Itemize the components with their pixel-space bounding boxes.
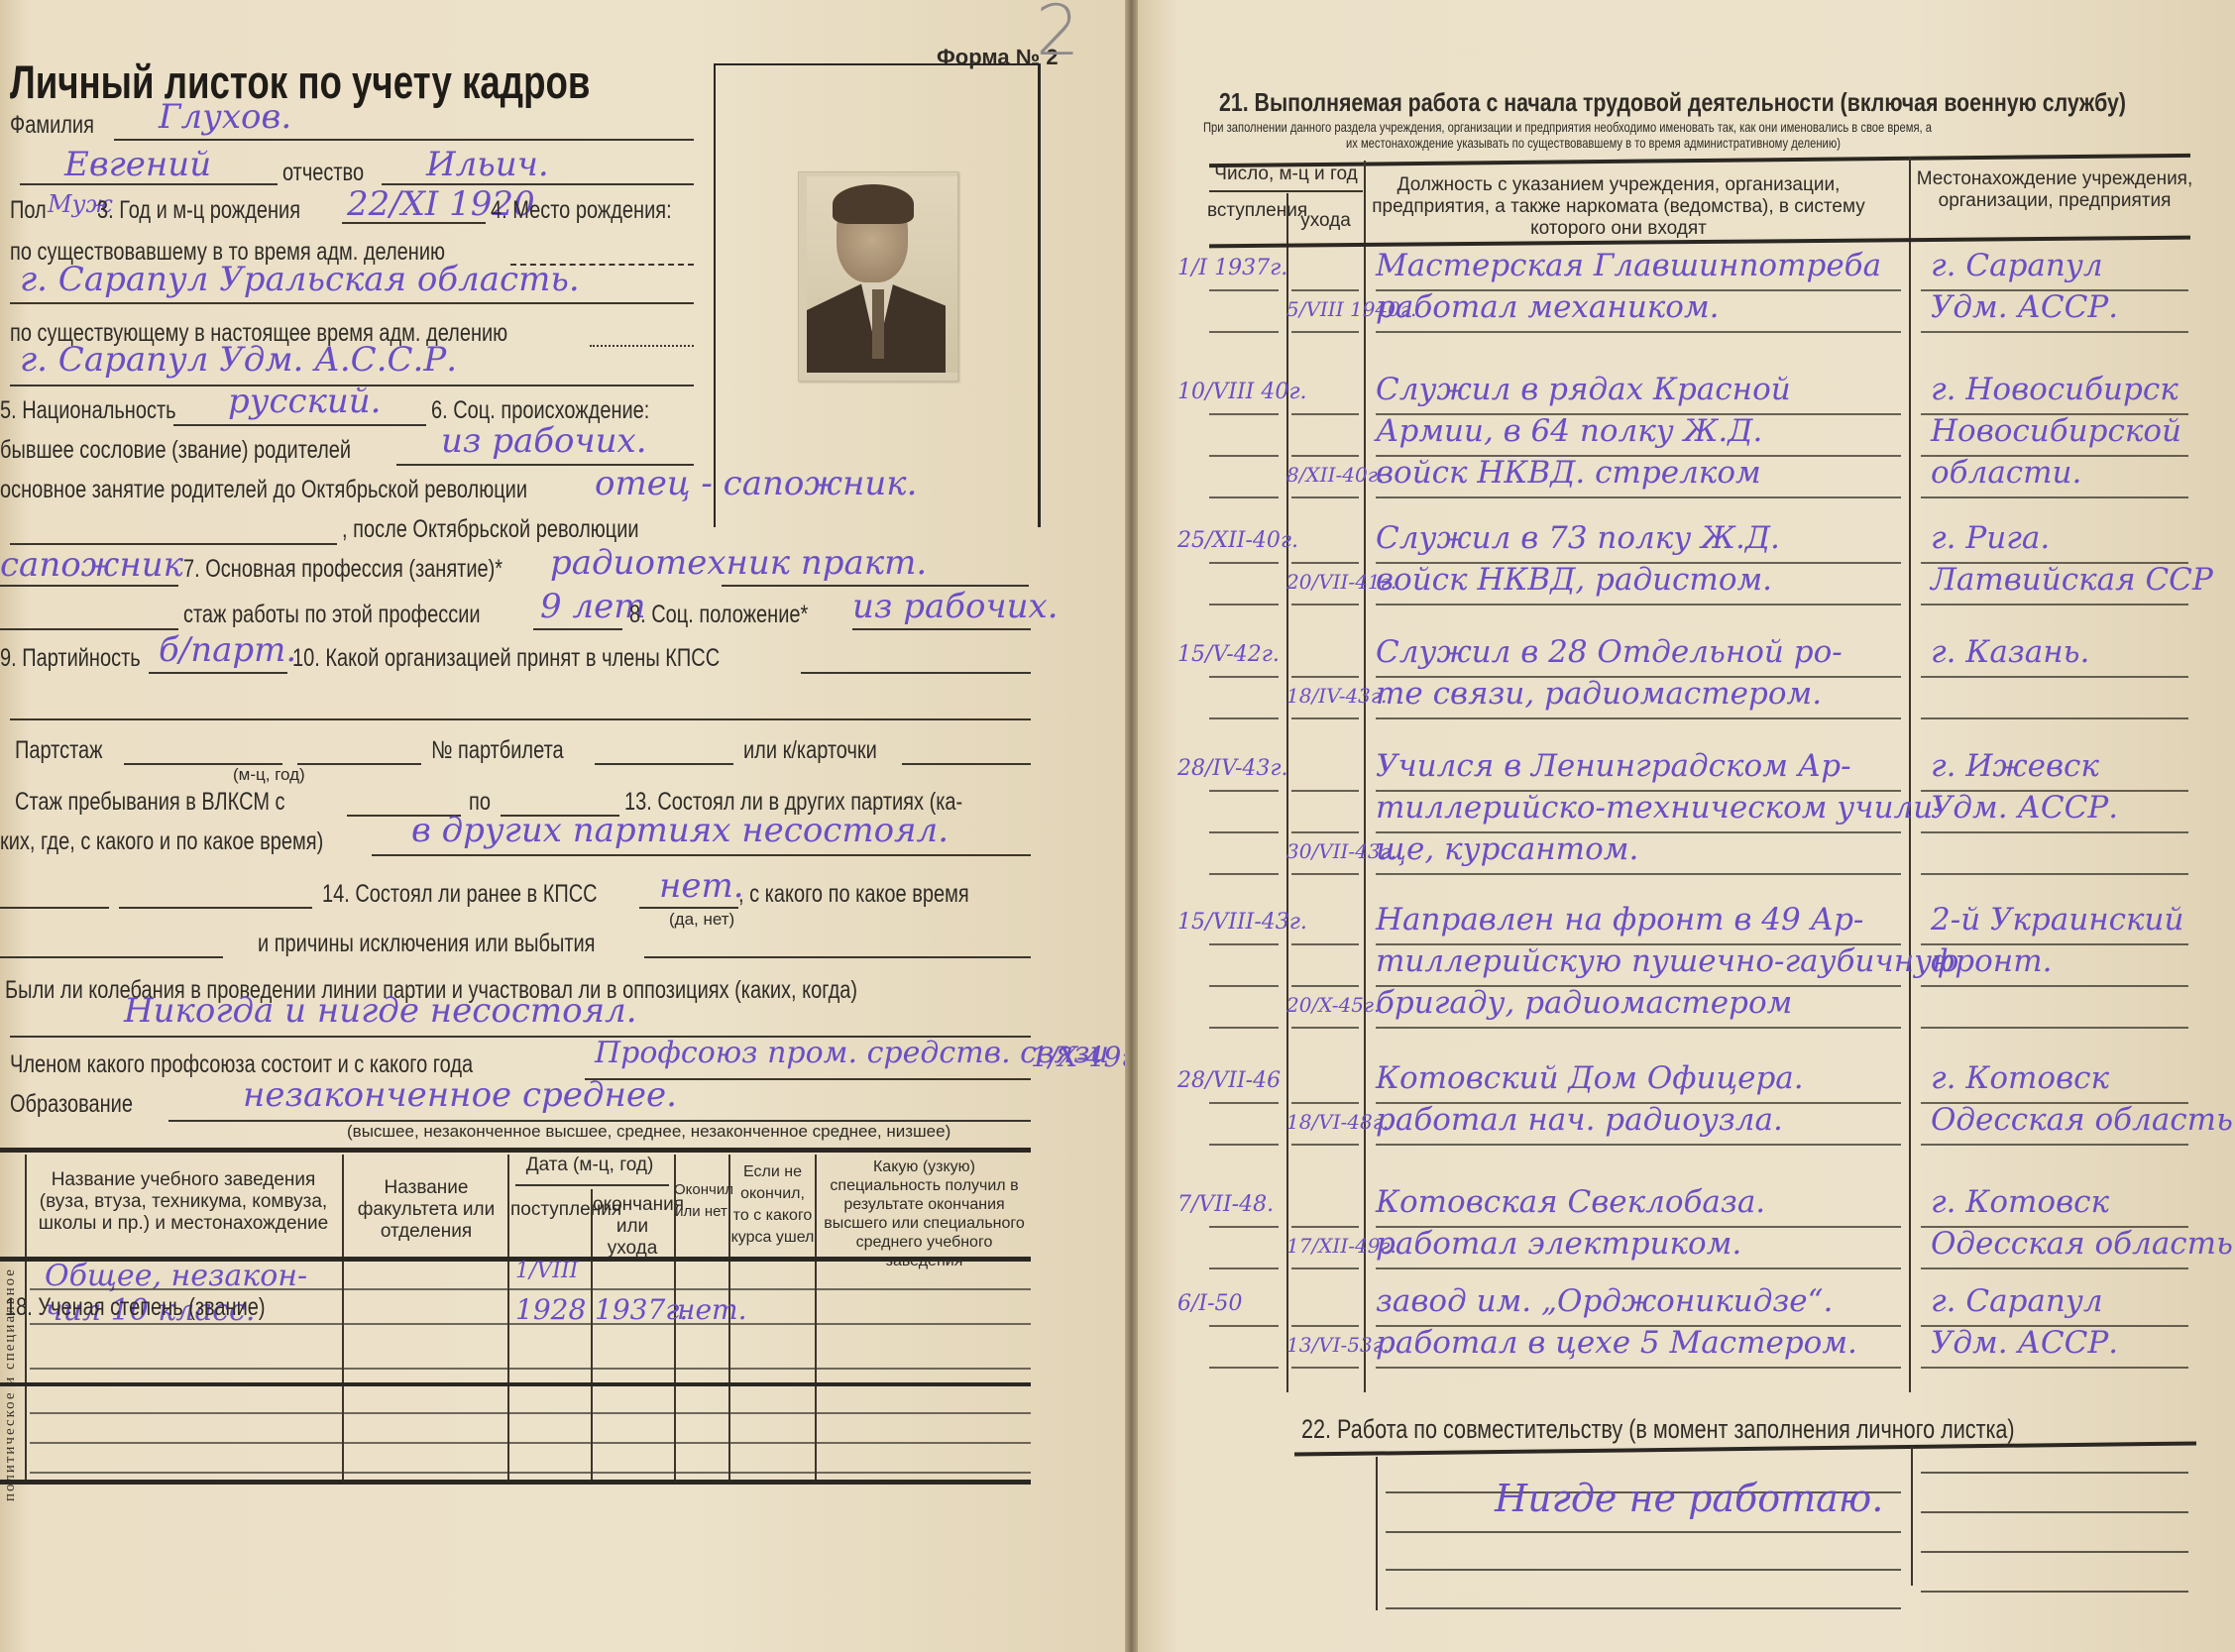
profession-label: 7. Основная профессия (занятие)* (183, 555, 503, 584)
edu-completed: нет. (677, 1293, 746, 1326)
party-card-label: № партбилета (431, 736, 564, 765)
col-specialty: Какую (узкую) специальность получил в ре… (818, 1157, 1031, 1270)
parents-occupation-after: сапожник (0, 545, 183, 585)
social-status-label: 8. Соц. положение* (629, 601, 808, 629)
work-location-line: Удм. АССР. (1931, 1325, 2118, 1361)
work-start-date: 25/XII-40г. (1177, 528, 1298, 553)
col-institution: Название учебного заведения (вуза, втуза… (30, 1169, 337, 1235)
col-date-group: Дата (м-ц, год) (510, 1155, 669, 1176)
social-status-value: из рабочих. (852, 587, 1059, 626)
work-location-line: Латвийская ССР (1931, 562, 2213, 598)
work-location-line: г. Рига. (1931, 520, 2050, 556)
profession-value: радиотехник практ. (550, 543, 927, 583)
card-label: или к/карточки (743, 736, 877, 765)
work-start-date: 6/I-50 (1177, 1291, 1243, 1316)
work-location-line: г. Сарапул (1931, 1283, 2103, 1319)
exclusion-label: и причины исключения или выбытия (258, 930, 596, 958)
name-value: Евгений (64, 145, 211, 184)
work-location-line: г. Котовск (1931, 1184, 2109, 1220)
old-division-value: г. Сарапул Уральская область. (20, 260, 580, 299)
edu-enrolled-2: 1928 (515, 1293, 586, 1326)
edu-enrolled: 1/VIII (515, 1259, 578, 1283)
work-location-line: Одесская область (1931, 1102, 2233, 1138)
work-location-line: фронт. (1931, 943, 2052, 979)
section21-title: 21. Выполняемая работа с начала трудовой… (1219, 87, 2126, 118)
degree-label: 18. Ученая степень (звание) (5, 1293, 266, 1322)
patronymic-value: Ильич. (426, 145, 549, 184)
work-position-line: Направлен на фронт в 49 Ар- (1376, 902, 1863, 937)
work-end-date: 20/X-45г. (1286, 993, 1380, 1017)
party-label: 9. Партийность (0, 644, 141, 673)
work-position-line: Учился в Ленинградском Ар- (1376, 748, 1851, 784)
work-position-line: ще, курсантом. (1376, 831, 1638, 867)
work-start-date: 15/VIII-43г. (1177, 910, 1307, 935)
hesitation-value: Никогда и нигде несостоял. (124, 991, 637, 1031)
portrait-photo (798, 171, 958, 382)
work-location-line: г. Котовск (1931, 1060, 2109, 1096)
work-start-date: 28/VII-46 (1177, 1068, 1281, 1093)
col-faculty: Название факультета или отделения (347, 1177, 505, 1243)
other-parties-value: в других партиях несостоял. (411, 811, 949, 850)
work-location-line: Новосибирской (1931, 413, 2181, 449)
col-location: Местонахождение учреждения, организации,… (1916, 168, 2193, 212)
after-revolution-label: , после Октябрьской революции (342, 515, 639, 544)
work-location-line: г. Ижевск (1931, 748, 2099, 784)
work-position-line: войск НКВД. стрелком (1376, 455, 1761, 491)
party-value: б/парт. (159, 630, 296, 670)
former-estate-value: из рабочих. (441, 421, 647, 461)
section21-note: При заполнении данного раздела учреждени… (1203, 119, 1932, 135)
vlksm-label: Стаж пребывания в ВЛКСМ с (15, 788, 285, 817)
work-position-line: Служил в 73 полку Ж.Д. (1376, 520, 1780, 556)
kpss-org-label: 10. Какой организацией принят в члены КП… (292, 644, 720, 673)
patronymic-label: отчество (282, 159, 364, 187)
surname-value: Глухов. (159, 97, 291, 137)
work-end-date: 8/XII-40г. (1286, 463, 1384, 487)
work-location-line: г. Сарапул (1931, 248, 2103, 283)
work-position-line: Мастерская Главшинпотреба (1376, 248, 1881, 283)
work-start-date: 1/I 1937г. (1177, 256, 1287, 280)
work-position-line: Котовская Свеклобаза. (1376, 1184, 1765, 1220)
nationality-value: русский. (228, 382, 381, 421)
col-completed: Окончил или нет (674, 1179, 728, 1223)
section22-title: 22. Работа по совместительству (в момент… (1301, 1414, 2015, 1445)
col-enrolled: поступления (510, 1199, 590, 1221)
work-location-line: области. (1931, 455, 2081, 491)
work-end-date: 18/VI-48г. (1286, 1110, 1389, 1134)
parents-occupation-before: отец - сапожник. (595, 464, 917, 503)
education-label: Образование (10, 1090, 133, 1119)
birthplace-label: 4. Место рождения: (491, 196, 672, 225)
prior-kpss-value: нет. (659, 866, 744, 906)
prior-kpss-hint: (да, нет) (669, 910, 734, 930)
col-position: Должность с указанием учреждения, органи… (1371, 174, 1866, 240)
education-value: незаконченное среднее. (243, 1075, 677, 1115)
right-page: 21. Выполняемая работа с начала трудовой… (1138, 0, 2235, 1652)
birth-label: 3. Год и м-ц рождения (97, 196, 300, 225)
work-location-line: Одесская область (1931, 1226, 2233, 1262)
education-hint: (высшее, незаконченное высшее, среднее, … (347, 1122, 950, 1142)
work-end-date: 18/IV-43г. (1286, 684, 1387, 708)
work-position-line: Служил в 28 Отдельной ро- (1376, 634, 1843, 670)
page-title: Личный листок по учету кадров (10, 55, 590, 109)
work-position-line: войск НКВД, радистом. (1376, 562, 1772, 598)
work-position-line: работал нач. радиоузла. (1376, 1102, 1783, 1138)
col-start: вступления (1207, 200, 1286, 222)
work-location-line: 2-й Украинский (1931, 902, 2183, 937)
nationality-label: 5. Национальность (0, 396, 176, 425)
work-location-line: Удм. АССР. (1931, 790, 2118, 826)
other-parties-label-2: ких, где, с какого и по какое время) (0, 827, 323, 856)
work-start-date: 7/VII-48. (1177, 1192, 1274, 1217)
col-end: ухода (1288, 210, 1363, 232)
work-position-line: Армии, в 64 полку Ж.Д. (1376, 413, 1762, 449)
former-estate-label: бывшее сословие (звание) родителей (0, 436, 351, 465)
work-location-line: г. Новосибирск (1931, 372, 2179, 407)
edu-finished: 1937г. (595, 1293, 688, 1326)
party-tenure-label: Партстаж (15, 736, 103, 765)
work-position-line: тиллерийскую пушечно-гаубичную (1376, 943, 1958, 979)
current-division-value: г. Сарапул Удм. А.С.С.Р. (20, 340, 457, 380)
parents-occupation-label: основное занятие родителей до Октябрьско… (0, 476, 527, 504)
work-location-line: г. Казань. (1931, 634, 2089, 670)
section22-value: Нигде не работаю. (1495, 1477, 1883, 1520)
prior-kpss-when: , с какого по какое время (738, 880, 969, 909)
col-course-left: Если не окончил, то с какого курса ушел (730, 1161, 815, 1249)
surname-label: Фамилия (10, 111, 94, 140)
work-start-date: 28/IV-43г. (1177, 756, 1288, 781)
work-start-date: 15/V-42г. (1177, 642, 1280, 667)
work-position-line: бригаду, радиомастером (1376, 985, 1792, 1021)
section21-note-2: их местонахождение указывать по существо… (1346, 135, 1841, 151)
left-page: Личный листок по учету кадров Форма № 2 … (0, 0, 1125, 1652)
document-scan: Личный листок по учету кадров Форма № 2 … (0, 0, 2235, 1652)
sheet-number: 2 (1036, 0, 1080, 71)
work-position-line: работал механиком. (1376, 289, 1720, 325)
col-finished: окончания или ухода (593, 1194, 672, 1260)
prior-kpss-label: 14. Состоял ли ранее в КПСС (322, 880, 598, 909)
work-start-date: 10/VIII 40г. (1177, 380, 1306, 404)
col-date-group: Число, м-ц и год (1209, 164, 1363, 185)
book-gutter (1125, 0, 1138, 1652)
work-position-line: завод им. „Орджоникидзе“. (1376, 1283, 1833, 1319)
work-position-line: работал в цехе 5 Мастером. (1376, 1325, 1857, 1361)
party-tenure-hint: (м-ц, год) (233, 765, 305, 785)
work-position-line: Служил в рядах Красной (1376, 372, 1791, 407)
work-location-line: Удм. АССР. (1931, 289, 2118, 325)
work-position-line: Котовский Дом Офицера. (1376, 1060, 1804, 1096)
sex-label: Пол (10, 196, 47, 225)
experience-label: стаж работы по этой профессии (183, 601, 481, 629)
work-position-line: тиллерийско-техническом учили- (1376, 790, 1944, 826)
work-position-line: работал электриком. (1376, 1226, 1741, 1262)
work-end-date: 13/VI-53г. (1286, 1333, 1389, 1357)
work-position-line: те связи, радиомастером. (1376, 676, 1822, 712)
